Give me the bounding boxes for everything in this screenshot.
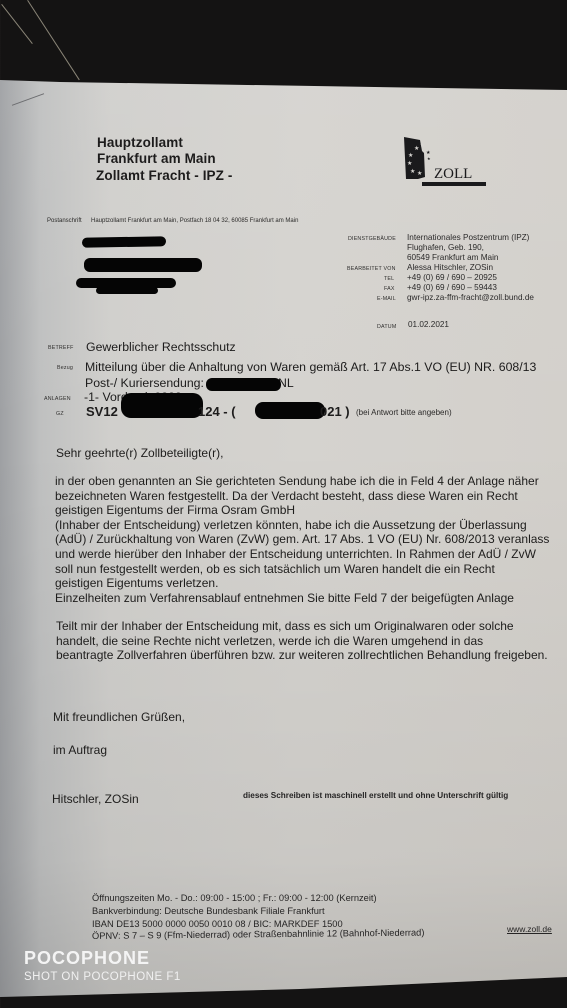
paragraph-1-line: geistigen Eigentums verletzen. [55,576,549,591]
paragraph-1-line: (AdÜ) / Zurückhaltung von Waren (ZvW) ge… [55,532,549,547]
postal-label: Postanschrift [47,218,82,224]
paragraph-2: Teilt mir der Inhaber der Entscheidung m… [56,619,548,663]
paragraph-1-line: geistigen Eigentums der Firma Osram GmbH [55,503,549,518]
paragraph-1-line: Einzelheiten zum Verfahrensablauf entneh… [55,591,549,606]
betreff-label: BETREFF [48,345,74,351]
fax-value: +49 (0) 69 / 690 – 59443 [407,283,497,292]
zoll-flag-icon: ★ ★ ★ ★ ★ ★ ★ ★ ZOLL [404,137,486,193]
bearbeitet-label: BEARBEITET VON [347,266,396,272]
paragraph-1-line: in der oben genannten an Sie gerichteten… [55,474,549,489]
letterhead-line-2: Frankfurt am Main [97,151,216,166]
tel-label: TEL [384,276,394,282]
paragraph-1-line: soll nun festgestellt werden, ob es sich… [55,562,549,577]
sendung-prefix: Post-/ Kuriersendung: [85,376,204,390]
redaction-gz-2 [255,402,325,419]
zoll-logo: ★ ★ ★ ★ ★ ★ ★ ★ ZOLL [404,137,486,193]
svg-text:★: ★ [427,156,431,161]
paragraph-1-line: bezeichneten Waren festgestellt. Da der … [55,489,549,504]
im-auftrag: im Auftrag [53,743,107,758]
dienstgebaeude-label: DIENSTGEBÄUDE [348,236,396,242]
footer-bank: Bankverbindung: Deutsche Bundesbank Fili… [92,906,325,916]
fax-label: FAX [384,286,395,292]
dienstgebaeude-line-3: 60549 Frankfurt am Main [407,253,498,262]
bearbeitet-value: Alessa Hitschler, ZOSin [407,263,493,272]
datum-label: DATUM [377,324,396,330]
gz-note: (bei Antwort bitte angeben) [356,408,452,417]
redaction-recipient-1 [82,236,166,247]
svg-text:★: ★ [414,145,419,152]
camera-watermark-brand: POCOPHONE [24,948,150,969]
gz-part-1: SV12 [86,404,118,419]
footer-website-link[interactable]: www.zoll.de [507,924,552,934]
footer-opening-hours: Öffnungszeiten Mo. - Do.: 09:00 - 15:00 … [92,893,377,903]
email-value[interactable]: gwr-ipz.za-ffm-fracht@zoll.bund.de [407,293,534,302]
redaction-recipient-2 [84,258,202,272]
svg-text:★: ★ [408,152,413,159]
gz-part-3: 021 ) [320,404,350,419]
bezug-label: Bezug [57,365,73,371]
redaction-gz-1 [121,393,203,418]
closing: Mit freundlichen Grüßen, [53,710,185,725]
machine-generated-note: dieses Schreiben ist maschinell erstellt… [243,791,508,800]
bezug-value: Mitteilung über die Anhaltung von Waren … [85,360,536,374]
redaction-recipient-4 [96,287,158,294]
paragraph-1: in der oben genannten an Sie gerichteten… [55,474,549,605]
tel-value: +49 (0) 69 / 690 – 20925 [407,273,497,282]
postal-address: Hauptzollamt Frankfurt am Main, Postfach… [91,218,298,224]
letterhead-line-1: Hauptzollamt [97,135,183,150]
redaction-sendung [206,378,281,391]
paragraph-1-line: (Inhaber der Entscheidung) verletzen kön… [55,518,549,533]
paragraph-2-line: Teilt mir der Inhaber der Entscheidung m… [56,619,548,634]
email-label: E-MAIL [377,296,396,302]
betreff-value: Gewerblicher Rechtsschutz [86,340,236,354]
footer-iban: IBAN DE13 5000 0000 0050 0010 08 / BIC: … [92,919,343,929]
svg-text:★: ★ [420,142,425,149]
svg-text:ZOLL: ZOLL [434,166,472,182]
paragraph-2-line: beantragte Zollverfahren überführen bzw.… [56,648,548,663]
datum-value: 01.02.2021 [408,320,449,329]
svg-text:★: ★ [410,168,415,175]
paragraph-2-line: handelt, die seine Rechte nicht verletze… [56,634,548,649]
anlagen-label: ANLAGEN [44,396,71,402]
letterhead-line-3: Zollamt Fracht - IPZ - [96,168,232,183]
salutation: Sehr geehrte(r) Zollbeteiligte(r), [56,446,223,461]
signature-name: Hitschler, ZOSin [52,792,139,807]
camera-watermark-caption: SHOT ON POCOPHONE F1 [24,971,181,983]
gz-part-2: 124 - ( [198,404,236,419]
svg-text:★: ★ [417,170,422,177]
gz-label: GZ [56,411,64,417]
dienstgebaeude-line-1: Internationales Postzentrum (IPZ) [407,233,529,242]
paragraph-1-line: und werde hierüber den Inhaber der Entsc… [55,547,549,562]
dienstgebaeude-line-2: Flughafen, Geb. 190, [407,243,484,252]
svg-text:★: ★ [407,160,412,167]
